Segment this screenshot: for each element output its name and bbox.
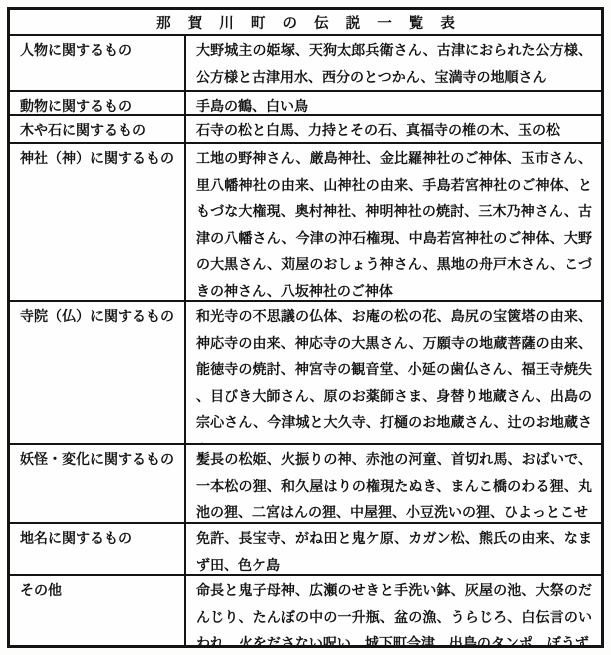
category-cell: その他	[10, 576, 186, 645]
table-row-others: その他 命長と鬼子母神、広瀬のせきと手洗い鉢、灰屋の池、大祭のだんじり、たんぼの…	[10, 576, 601, 645]
items-cell: 命長と鬼子母神、広瀬のせきと手洗い鉢、灰屋の池、大祭のだんじり、たんぼの中の一升…	[186, 576, 601, 645]
legend-table: 那 賀 川 町 の 伝 説 一 覧 表 人物に関するもの 大野城主の姫塚、天狗太…	[7, 7, 604, 648]
items-cell: 工地の野神さん、厳島神社、金比羅神社のご神体、玉市さん、里八幡神社の由来、山神社…	[186, 144, 601, 300]
items-cell: 免許、長宝寺、がね田と鬼ケ原、カガン松、熊氏の由来、なまず田、色ケ島	[186, 524, 601, 574]
table-row-people: 人物に関するもの 大野城主の姫塚、天狗太郎兵衛さん、古津におられた公方様、公方様…	[10, 36, 601, 92]
scanned-page: 那 賀 川 町 の 伝 説 一 覧 表 人物に関するもの 大野城主の姫塚、天狗太…	[0, 0, 611, 655]
items-cell: 髪長の松姫、火振りの神、赤池の河童、首切れ馬、おばいで、一本松の狸、和久屋はりの…	[186, 445, 601, 522]
items-cell: 石寺の松と白馬、力持とその石、真福寺の椎の木、玉の松	[186, 116, 601, 142]
table-row-yokai: 妖怪・変化に関するもの 髪長の松姫、火振りの神、赤池の河童、首切れ馬、おばいで、…	[10, 445, 601, 524]
table-row-animals: 動物に関するもの 手島の鶴、白い鳥	[10, 92, 601, 116]
table-row-shrines: 神社（神）に関するもの 工地の野神さん、厳島神社、金比羅神社のご神体、玉市さん、…	[10, 144, 601, 302]
category-cell: 動物に関するもの	[10, 92, 186, 114]
table-row-trees-stones: 木や石に関するもの 石寺の松と白馬、力持とその石、真福寺の椎の木、玉の松	[10, 116, 601, 144]
table-title-row: 那 賀 川 町 の 伝 説 一 覧 表	[10, 10, 601, 36]
items-cell: 大野城主の姫塚、天狗太郎兵衛さん、古津におられた公方様、公方様と古津用水、西分の…	[186, 36, 601, 90]
table-title: 那 賀 川 町 の 伝 説 一 覧 表	[156, 12, 461, 33]
category-cell: 地名に関するもの	[10, 524, 186, 574]
category-cell: 木や石に関するもの	[10, 116, 186, 142]
category-cell: 神社（神）に関するもの	[10, 144, 186, 300]
category-cell: 寺院（仏）に関するもの	[10, 302, 186, 443]
table-row-placenames: 地名に関するもの 免許、長宝寺、がね田と鬼ケ原、カガン松、熊氏の由来、なまず田、…	[10, 524, 601, 576]
table-row-temples: 寺院（仏）に関するもの 和光寺の不思議の仏体、お庵の松の花、島尻の宝篋塔の由来、…	[10, 302, 601, 445]
items-cell: 和光寺の不思議の仏体、お庵の松の花、島尻の宝篋塔の由来、神応寺の由来、神応寺の大…	[186, 302, 601, 443]
category-cell: 人物に関するもの	[10, 36, 186, 90]
category-cell: 妖怪・変化に関するもの	[10, 445, 186, 522]
items-cell: 手島の鶴、白い鳥	[186, 92, 601, 114]
